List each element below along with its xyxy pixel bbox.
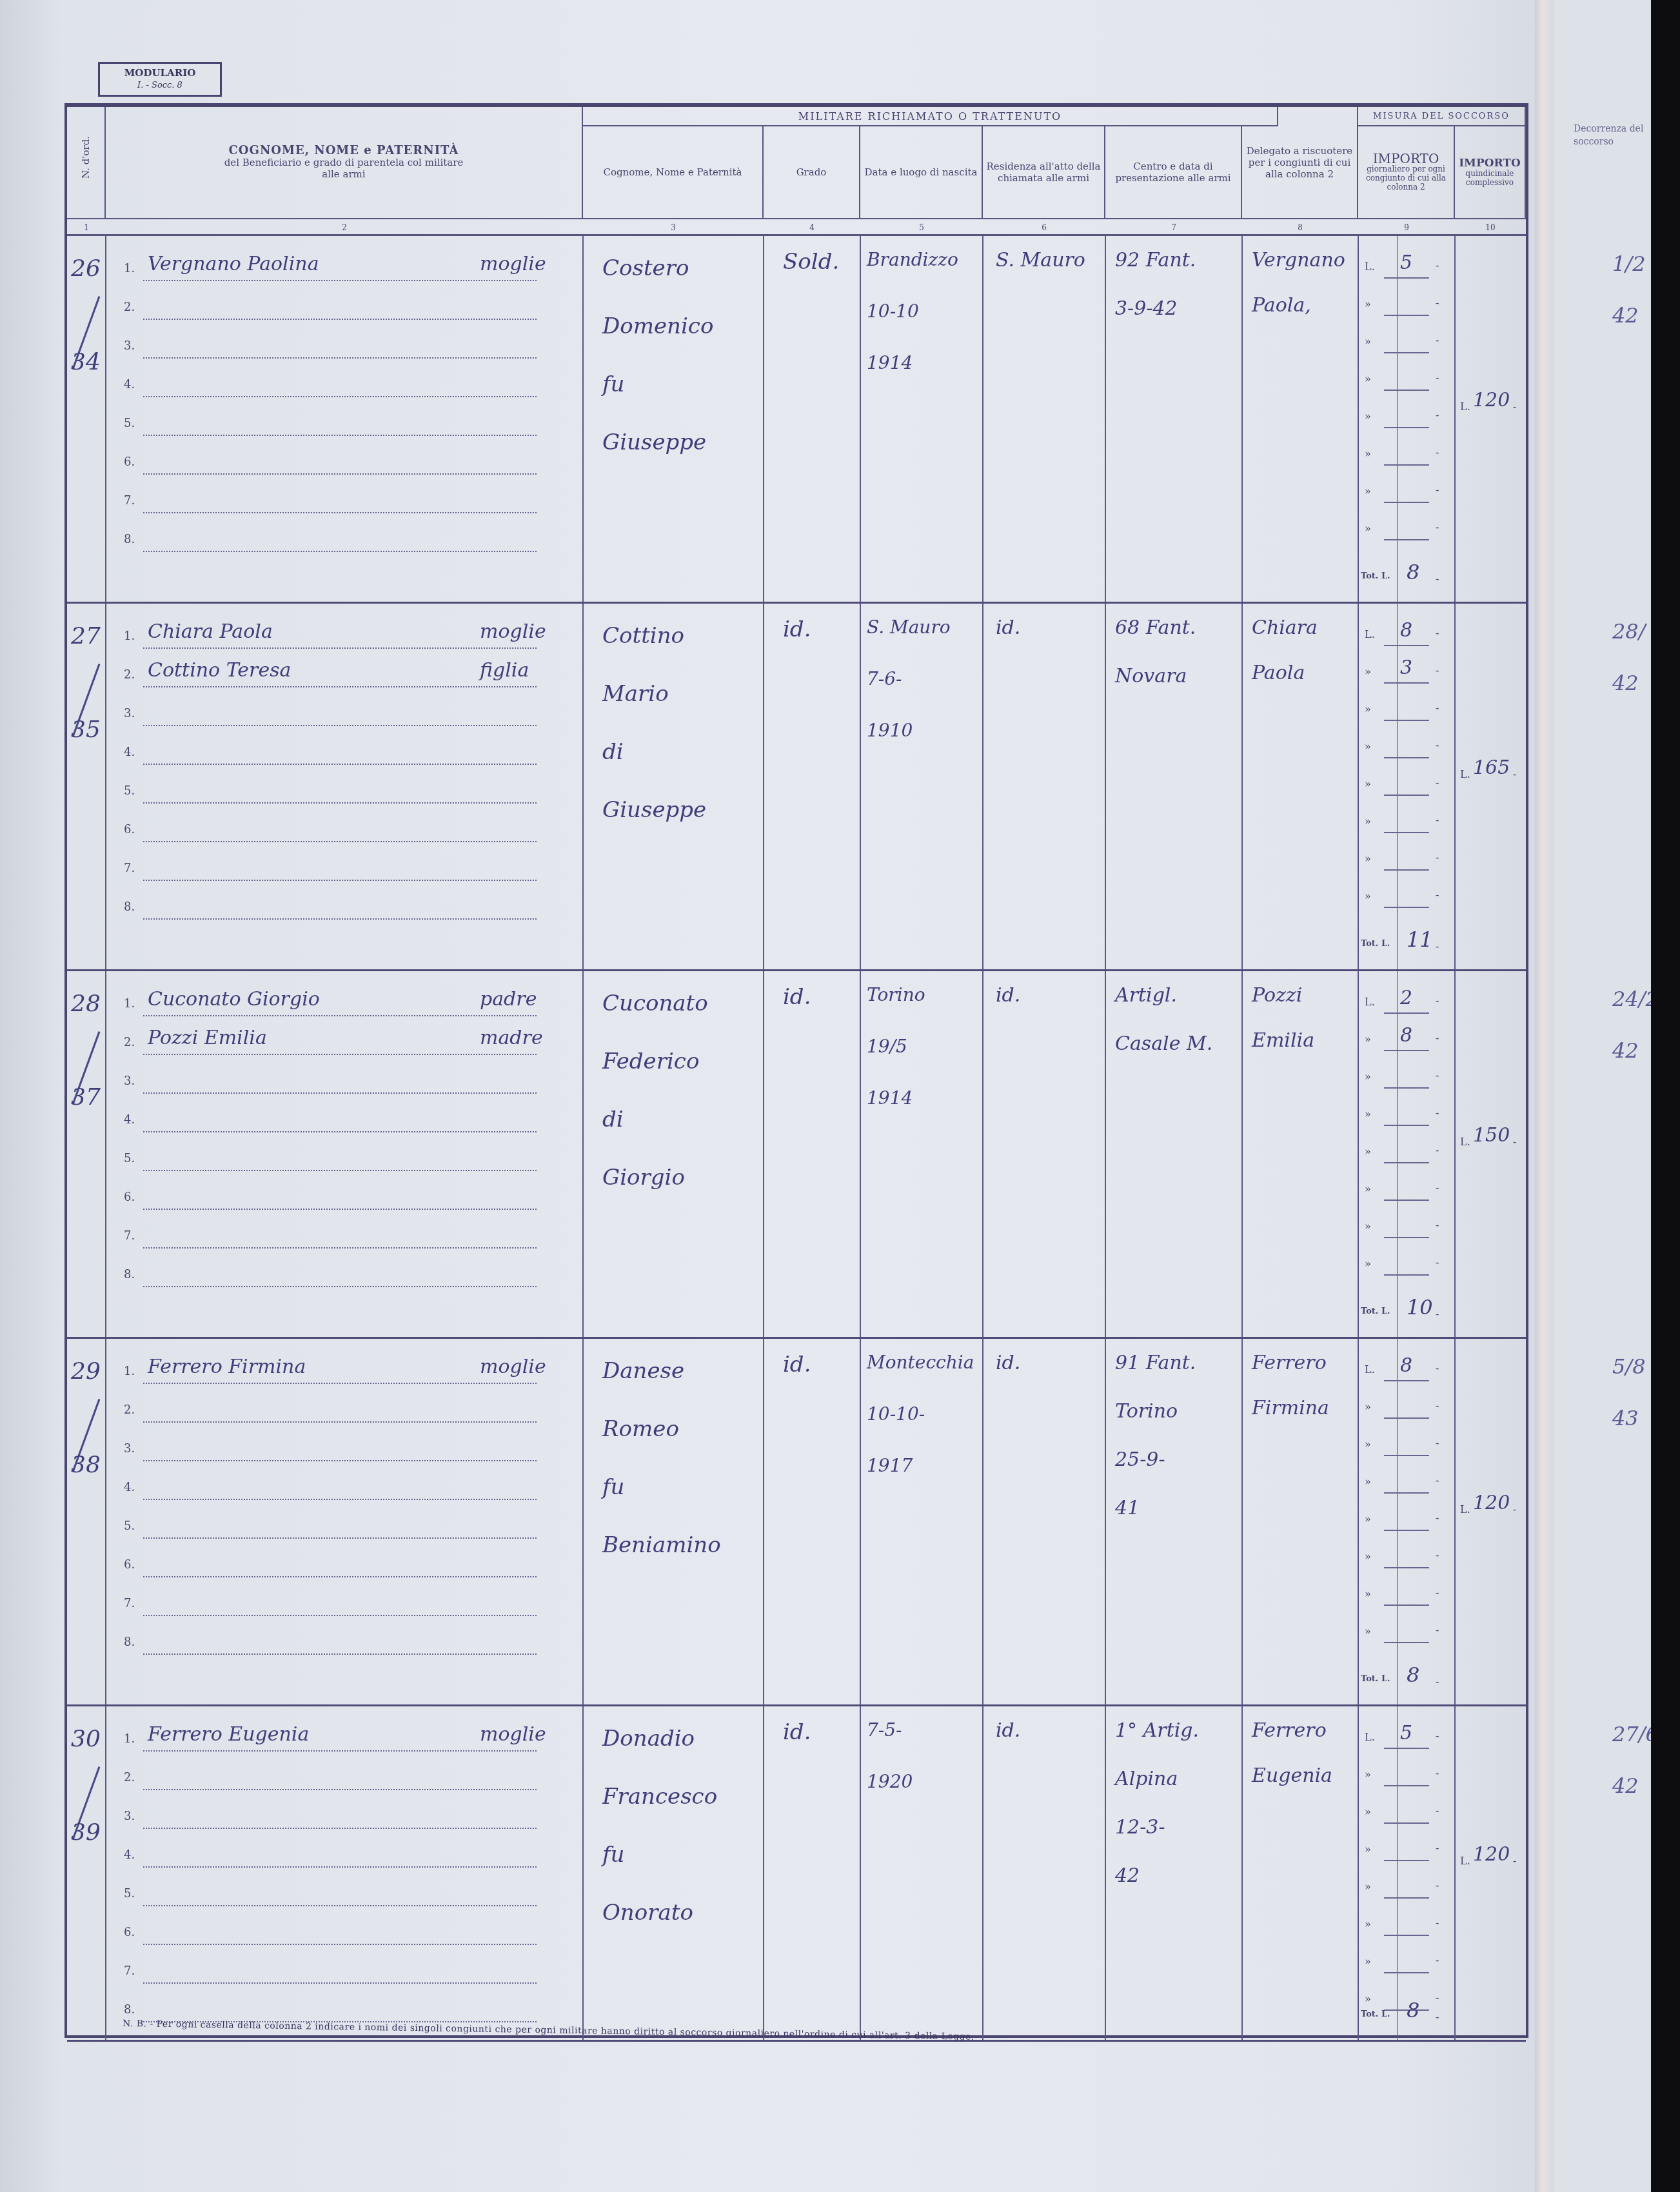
total-label: Tot. L. xyxy=(1361,2009,1390,2019)
giornaliero-value: 8 xyxy=(1400,1024,1412,1047)
header-ord: N. d'ord. xyxy=(67,107,106,218)
beneficiary-line-number: 5. xyxy=(124,784,135,798)
giornaliero-line xyxy=(1384,1935,1429,1936)
giornaliero-line xyxy=(1384,1162,1429,1163)
giornaliero-dash: - xyxy=(1436,1144,1439,1156)
beneficiary-name: Cuconato Giorgio xyxy=(148,988,320,1011)
quindicinale-dash: - xyxy=(1513,400,1516,413)
column-number: 2 xyxy=(106,218,583,236)
decorrenza-value: 1/2 xyxy=(1612,252,1646,276)
centro-part: 12-3- xyxy=(1115,1816,1165,1839)
soldier-name-part: fu xyxy=(602,371,624,397)
soldier-name-part: Mario xyxy=(602,681,669,707)
header-giornaliero-sub: giornaliero per ogni congiunto di cui al… xyxy=(1361,164,1451,192)
header-ord-label: N. d'ord. xyxy=(80,146,92,179)
delegato-part: Paola, xyxy=(1252,294,1311,317)
column-number: 4 xyxy=(764,218,860,236)
giornaliero-dash: - xyxy=(1436,1362,1439,1374)
quindicinale-prefix: L. xyxy=(1460,400,1470,413)
giornaliero-prefix: » xyxy=(1365,522,1371,535)
beneficiary-line-number: 3. xyxy=(124,1074,135,1088)
giornaliero-line xyxy=(1384,1822,1429,1824)
beneficiary-line-number: 5. xyxy=(124,417,135,430)
soldier-name-part: Beniamino xyxy=(602,1532,721,1558)
giornaliero-line xyxy=(1384,1087,1429,1089)
giornaliero-value: 3 xyxy=(1400,657,1412,679)
giornaliero-dash: - xyxy=(1436,521,1439,533)
beneficiary-line xyxy=(143,1944,537,1945)
soldier-name-part: Giuseppe xyxy=(602,797,706,823)
giornaliero-prefix: » xyxy=(1365,1768,1371,1781)
giornaliero-dash: - xyxy=(1436,1991,1439,2004)
beneficiary-line-number: 6. xyxy=(124,455,135,469)
giornaliero-dash: - xyxy=(1436,739,1439,751)
soldier-name-part: Giorgio xyxy=(602,1165,685,1190)
beneficiary-line-number: 3. xyxy=(124,339,135,353)
giornaliero-dash: - xyxy=(1436,484,1439,496)
giornaliero-line xyxy=(1384,1125,1429,1126)
beneficiary-line xyxy=(143,1982,537,1984)
decorrenza-value: 43 xyxy=(1612,1406,1639,1430)
total-dash: - xyxy=(1436,2011,1439,2023)
header-giornaliero: IMPORTO giornaliero per ogni congiunto d… xyxy=(1358,126,1455,218)
total-dash: - xyxy=(1436,1675,1439,1688)
beneficiary-line-number: 2. xyxy=(124,1036,135,1049)
nascita-part: 7-5- xyxy=(867,1719,902,1741)
beneficiary-name: Pozzi Emilia xyxy=(148,1027,267,1049)
beneficiary-line-number: 2. xyxy=(124,301,135,314)
giornaliero-prefix: » xyxy=(1365,1550,1371,1563)
giornaliero-dash: - xyxy=(1436,1767,1439,1779)
giornaliero-line xyxy=(1384,757,1429,758)
quindicinale-dash: - xyxy=(1513,1136,1516,1148)
giornaliero-dash: - xyxy=(1436,297,1439,309)
beneficiary-line xyxy=(143,1460,537,1461)
giornaliero-prefix: » xyxy=(1365,1183,1371,1195)
residenza: id. xyxy=(996,1719,1020,1742)
beneficiary-relation: moglie xyxy=(480,1356,546,1378)
beneficiary-line-number: 8. xyxy=(124,900,135,914)
total-dash: - xyxy=(1436,940,1439,953)
beneficiary-line-number: 7. xyxy=(124,1964,135,1978)
giornaliero-value: 8 xyxy=(1400,619,1412,642)
centro-part: Casale M. xyxy=(1115,1032,1212,1055)
beneficiary-line xyxy=(143,647,537,649)
giornaliero-line xyxy=(1384,832,1429,833)
header-grado: Grado xyxy=(764,126,860,218)
giornaliero-line xyxy=(1384,1748,1429,1749)
centro-part: 41 xyxy=(1115,1497,1140,1519)
beneficiary-relation: moglie xyxy=(480,1723,546,1746)
beneficiary-line-number: 1. xyxy=(124,629,135,643)
beneficiary-line xyxy=(143,1866,537,1868)
grado: id. xyxy=(783,1719,811,1745)
nascita-part: 7-6- xyxy=(867,668,902,689)
beneficiary-line-number: 1. xyxy=(124,1365,135,1378)
residenza: id. xyxy=(996,1352,1020,1374)
soldier-name-part: di xyxy=(602,739,624,765)
total-label: Tot. L. xyxy=(1361,571,1390,581)
modulario-stamp: MODULARIO I. - Socc. 8 xyxy=(98,62,222,97)
giornaliero-dash: - xyxy=(1436,1399,1439,1412)
header-delegato: Delegato a riscuotere per i congiunti di… xyxy=(1242,107,1358,218)
giornaliero-dash: - xyxy=(1436,1032,1439,1044)
soldier-name-part: Federico xyxy=(602,1049,699,1074)
giornaliero-dash: - xyxy=(1436,446,1439,459)
soldier-name-part: Costero xyxy=(602,255,689,281)
giornaliero-line xyxy=(1384,464,1429,466)
beneficiary-line-number: 6. xyxy=(124,1558,135,1572)
giornaliero-line xyxy=(1384,1605,1429,1606)
header-beneficiary: COGNOME, NOME e PATERNITÀ del Beneficiar… xyxy=(106,107,583,218)
beneficiary-line xyxy=(143,1015,537,1016)
column-number: 9 xyxy=(1358,218,1455,236)
total-dash: - xyxy=(1436,573,1439,585)
soldier-name-part: fu xyxy=(602,1842,624,1868)
beneficiary-line xyxy=(143,435,537,436)
beneficiary-name: Cottino Teresa xyxy=(148,659,291,682)
giornaliero-dash: - xyxy=(1436,1219,1439,1231)
beneficiary-line-number: 5. xyxy=(124,1152,135,1165)
nascita-part: S. Mauro xyxy=(867,617,951,638)
centro-part: 42 xyxy=(1115,1864,1140,1887)
beneficiary-line xyxy=(143,764,537,765)
soldier-name-part: Romeo xyxy=(602,1416,679,1442)
beneficiary-line-number: 8. xyxy=(124,1635,135,1649)
giornaliero-dash: - xyxy=(1436,1512,1439,1524)
giornaliero-prefix: » xyxy=(1365,410,1371,422)
total-value: 11 xyxy=(1407,927,1433,952)
decorrenza-value: 42 xyxy=(1612,1038,1639,1063)
quindicinale-prefix: L. xyxy=(1460,768,1470,780)
nascita-part: 1917 xyxy=(867,1455,913,1476)
giornaliero-line xyxy=(1384,645,1429,646)
delegato-part: Ferrero xyxy=(1252,1352,1327,1374)
giornaliero-prefix: » xyxy=(1365,740,1371,753)
giornaliero-line xyxy=(1384,277,1429,279)
nascita-part: 19/5 xyxy=(867,1036,907,1057)
header-nascita: Data e luogo di nascita xyxy=(860,126,983,218)
giornaliero-line xyxy=(1384,1492,1429,1494)
modulario-subtitle: I. - Socc. 8 xyxy=(100,79,220,92)
giornaliero-prefix: » xyxy=(1365,1806,1371,1818)
giornaliero-dash: - xyxy=(1436,1069,1439,1081)
giornaliero-dash: - xyxy=(1436,702,1439,714)
giornaliero-dash: - xyxy=(1436,1624,1439,1636)
giornaliero-dash: - xyxy=(1436,851,1439,864)
record-row: 28371.Cuconato Giorgiopadre2.Pozzi Emili… xyxy=(67,971,1526,1339)
giornaliero-line xyxy=(1384,1785,1429,1786)
header-centro: Centro e data di presentazione alle armi xyxy=(1105,126,1242,218)
record-row: 26341.Vergnano Paolinamoglie2.3.4.5.6.7.… xyxy=(67,236,1526,604)
giornaliero-dash: - xyxy=(1436,776,1439,789)
giornaliero-prefix: » xyxy=(1365,448,1371,460)
beneficiary-line-number: 4. xyxy=(124,378,135,391)
record-ord-bottom: 37 xyxy=(71,1084,101,1111)
beneficiary-line-number: 7. xyxy=(124,862,135,875)
total-value: 8 xyxy=(1407,560,1419,584)
total-label: Tot. L. xyxy=(1361,1674,1390,1684)
beneficiary-line-number: 3. xyxy=(124,707,135,720)
beneficiary-line xyxy=(143,1615,537,1616)
beneficiary-line-number: 6. xyxy=(124,1926,135,1939)
beneficiary-line xyxy=(143,473,537,475)
grado: id. xyxy=(783,1352,811,1377)
header-beneficiary-title: COGNOME, NOME e PATERNITÀ xyxy=(108,145,579,157)
giornaliero-prefix: » xyxy=(1365,485,1371,497)
giornaliero-line xyxy=(1384,1012,1429,1014)
record-ord-top: 29 xyxy=(71,1358,101,1385)
giornaliero-prefix: » xyxy=(1365,1438,1371,1450)
beneficiary-line xyxy=(143,802,537,804)
giornaliero-prefix: » xyxy=(1365,298,1371,310)
beneficiary-relation: moglie xyxy=(480,253,546,275)
giornaliero-dash: - xyxy=(1436,664,1439,676)
giornaliero-prefix: » xyxy=(1365,1881,1371,1893)
beneficiary-line xyxy=(143,1286,537,1287)
giornaliero-dash: - xyxy=(1436,994,1439,1007)
beneficiary-line xyxy=(143,1789,537,1790)
header-quindicinale-sub: quindicinale complessivo xyxy=(1458,169,1522,187)
giornaliero-line xyxy=(1384,1860,1429,1861)
giornaliero-line xyxy=(1384,1380,1429,1381)
giornaliero-value: 8 xyxy=(1400,1354,1412,1377)
beneficiary-line-number: 1. xyxy=(124,997,135,1011)
register-table: N. d'ord. COGNOME, NOME e PATERNITÀ del … xyxy=(64,103,1528,2038)
beneficiary-line-number: 4. xyxy=(124,745,135,759)
giornaliero-dash: - xyxy=(1436,1474,1439,1486)
ledger-page: MODULARIO I. - Socc. 8 N. d'ord. COGNOME… xyxy=(0,0,1548,2192)
soldier-name-part: Danese xyxy=(602,1358,684,1384)
centro-part: Novara xyxy=(1115,665,1187,687)
nascita-part: Montecchia xyxy=(867,1352,974,1373)
beneficiary-line xyxy=(143,357,537,359)
giornaliero-prefix: L. xyxy=(1365,996,1375,1008)
delegato-part: Eugenia xyxy=(1252,1764,1332,1787)
record-ord-bottom: 39 xyxy=(71,1819,101,1846)
giornaliero-dash: - xyxy=(1436,627,1439,639)
giornaliero-value: 5 xyxy=(1400,252,1412,274)
beneficiary-name: Chiara Paola xyxy=(148,620,273,643)
total-value: 10 xyxy=(1407,1295,1433,1319)
centro-part: Alpina xyxy=(1115,1768,1178,1790)
giornaliero-dash: - xyxy=(1436,889,1439,901)
delegato-part: Firmina xyxy=(1252,1397,1329,1419)
quindicinale-dash: - xyxy=(1513,1503,1516,1516)
beneficiary-line xyxy=(143,918,537,920)
delegato-part: Ferrero xyxy=(1252,1719,1327,1742)
next-page-header-decorrenza: Decorrenza del soccorso xyxy=(1574,123,1645,148)
header-beneficiary-sub: del Beneficiario e grado di parentela co… xyxy=(108,157,579,180)
grado: Sold. xyxy=(783,249,839,275)
giornaliero-line xyxy=(1384,907,1429,908)
beneficiary-line xyxy=(143,1828,537,1829)
soldier-name-part: fu xyxy=(602,1474,624,1500)
quindicinale-dash: - xyxy=(1513,1855,1516,1867)
giornaliero-dash: - xyxy=(1436,814,1439,826)
beneficiary-line xyxy=(143,880,537,881)
giornaliero-line xyxy=(1384,682,1429,684)
delegato-part: Pozzi xyxy=(1252,984,1302,1007)
giornaliero-line xyxy=(1384,1237,1429,1238)
quindicinale-value: 150 xyxy=(1473,1124,1510,1147)
total-value: 8 xyxy=(1407,1998,1419,2022)
giornaliero-line xyxy=(1384,1200,1429,1201)
residenza: S. Mauro xyxy=(996,249,1085,272)
giornaliero-dash: - xyxy=(1436,1549,1439,1561)
quindicinale-value: 120 xyxy=(1473,389,1510,411)
giornaliero-line xyxy=(1384,1642,1429,1643)
beneficiary-line-number: 2. xyxy=(124,1771,135,1784)
beneficiary-line-number: 7. xyxy=(124,494,135,508)
beneficiary-line-number: 1. xyxy=(124,1732,135,1746)
quindicinale-value: 120 xyxy=(1473,1492,1510,1514)
beneficiary-line-number: 8. xyxy=(124,2003,135,2017)
beneficiary-relation: moglie xyxy=(480,620,546,643)
residenza: id. xyxy=(996,617,1020,639)
giornaliero-line xyxy=(1384,795,1429,796)
beneficiary-line xyxy=(143,319,537,320)
soldier-name-part: di xyxy=(602,1107,624,1132)
beneficiary-line xyxy=(143,551,537,552)
column-number: 3 xyxy=(583,218,764,236)
giornaliero-dash: - xyxy=(1436,1730,1439,1742)
beneficiary-line xyxy=(143,1750,537,1752)
quindicinale-prefix: L. xyxy=(1460,1136,1470,1148)
beneficiary-line-number: 4. xyxy=(124,1848,135,1862)
giornaliero-prefix: » xyxy=(1365,666,1371,678)
column-number: 8 xyxy=(1242,218,1358,236)
record-ord-top: 28 xyxy=(71,991,101,1017)
header-giornaliero-title: IMPORTO xyxy=(1361,153,1451,164)
giornaliero-line xyxy=(1384,390,1429,391)
delegato-part: Paola xyxy=(1252,662,1305,684)
beneficiary-line-number: 6. xyxy=(124,1190,135,1204)
nascita-part: Brandizzo xyxy=(867,249,958,270)
header-quindicinale: IMPORTO quindicinale complessivo xyxy=(1455,126,1526,218)
giornaliero-dash: - xyxy=(1436,371,1439,384)
page-edge xyxy=(1535,0,1554,2192)
soldier-name-part: Cottino xyxy=(602,623,684,649)
beneficiary-line xyxy=(143,1170,537,1171)
beneficiary-line-number: 4. xyxy=(124,1113,135,1127)
giornaliero-line xyxy=(1384,869,1429,871)
beneficiary-line xyxy=(143,841,537,842)
beneficiary-line-number: 2. xyxy=(124,668,135,682)
giornaliero-line xyxy=(1384,1530,1429,1531)
giornaliero-line xyxy=(1384,720,1429,721)
soldier-name-part: Donadio xyxy=(602,1726,695,1752)
giornaliero-dash: - xyxy=(1436,1954,1439,1966)
quindicinale-value: 120 xyxy=(1473,1843,1510,1866)
giornaliero-prefix: » xyxy=(1365,1071,1371,1083)
giornaliero-line xyxy=(1384,352,1429,353)
giornaliero-prefix: » xyxy=(1365,853,1371,865)
giornaliero-dash: - xyxy=(1436,1917,1439,1929)
header-group-soccorso: MISURA DEL SOCCORSO xyxy=(1358,107,1526,126)
soldier-name-part: Domenico xyxy=(602,313,713,339)
giornaliero-value: 5 xyxy=(1400,1722,1412,1744)
giornaliero-prefix: L. xyxy=(1365,628,1375,640)
grado: id. xyxy=(783,984,811,1010)
beneficiary-line xyxy=(143,686,537,687)
nascita-part: 10-10 xyxy=(867,301,919,322)
column-number: 7 xyxy=(1105,218,1242,236)
record-row: 30391.Ferrero Eugeniamoglie2.3.4.5.6.7.8… xyxy=(67,1706,1526,2042)
centro-part: 3-9-42 xyxy=(1115,297,1178,320)
nascita-part: 1920 xyxy=(867,1771,913,1792)
quindicinale-prefix: L. xyxy=(1460,1503,1470,1516)
giornaliero-line xyxy=(1384,1274,1429,1276)
soldier-name-part: Giuseppe xyxy=(602,430,706,455)
column-number: 1 xyxy=(67,218,106,236)
decorrenza-value: 42 xyxy=(1612,671,1639,695)
giornaliero-prefix: L. xyxy=(1365,1363,1375,1376)
total-dash: - xyxy=(1436,1308,1439,1320)
delegato-part: Emilia xyxy=(1252,1029,1314,1052)
record-ord-bottom: 38 xyxy=(71,1452,101,1478)
record-ord-top: 27 xyxy=(71,623,101,649)
giornaliero-prefix: » xyxy=(1365,1625,1371,1637)
beneficiary-line xyxy=(143,1247,537,1249)
header-quindicinale-title: IMPORTO xyxy=(1458,157,1522,169)
beneficiary-line-number: 5. xyxy=(124,1519,135,1533)
giornaliero-prefix: » xyxy=(1365,1588,1371,1600)
header-soldier-name: Cognome, Nome e Paternità xyxy=(583,126,764,218)
beneficiary-name: Vergnano Paolina xyxy=(148,253,319,275)
record-ord-bottom: 34 xyxy=(71,349,101,375)
record-ord-bottom: 35 xyxy=(71,716,101,743)
background-edge xyxy=(1651,0,1680,2192)
giornaliero-dash: - xyxy=(1436,1437,1439,1449)
beneficiary-line xyxy=(143,1499,537,1500)
beneficiary-line xyxy=(143,1131,537,1132)
beneficiary-line xyxy=(143,1054,537,1055)
column-number: 6 xyxy=(983,218,1105,236)
beneficiary-line xyxy=(143,1421,537,1423)
soldier-name-part: Onorato xyxy=(602,1900,693,1926)
giornaliero-prefix: L. xyxy=(1365,1731,1375,1743)
residenza: id. xyxy=(996,984,1020,1007)
beneficiary-name: Ferrero Eugenia xyxy=(148,1723,309,1746)
beneficiary-line-number: 8. xyxy=(124,533,135,546)
header-group-militare: MILITARE RICHIAMATO O TRATTENUTO xyxy=(583,107,1278,126)
beneficiary-line-number: 7. xyxy=(124,1229,135,1243)
record-ord-top: 30 xyxy=(71,1726,101,1752)
giornaliero-line xyxy=(1384,539,1429,540)
header-residenza: Residenza all'atto della chiamata alle a… xyxy=(983,126,1105,218)
column-number: 10 xyxy=(1455,218,1526,236)
beneficiary-name: Ferrero Firmina xyxy=(148,1356,306,1378)
giornaliero-line xyxy=(1384,1972,1429,1973)
delegato-part: Chiara xyxy=(1252,617,1318,639)
record-row: 27351.Chiara Paolamoglie2.Cottino Teresa… xyxy=(67,604,1526,971)
giornaliero-line xyxy=(1384,1050,1429,1051)
beneficiary-line xyxy=(143,1537,537,1539)
centro-part: 25-9- xyxy=(1115,1448,1165,1471)
giornaliero-dash: - xyxy=(1436,1107,1439,1119)
giornaliero-prefix: » xyxy=(1365,1401,1371,1413)
beneficiary-relation: padre xyxy=(480,988,537,1011)
giornaliero-dash: - xyxy=(1436,1181,1439,1194)
beneficiary-line-number: 1. xyxy=(124,262,135,275)
giornaliero-prefix: » xyxy=(1365,335,1371,348)
quindicinale-dash: - xyxy=(1513,768,1516,780)
giornaliero-prefix: » xyxy=(1365,1955,1371,1968)
beneficiary-line-number: 3. xyxy=(124,1442,135,1456)
giornaliero-dash: - xyxy=(1436,1256,1439,1269)
beneficiary-line-number: 6. xyxy=(124,823,135,836)
